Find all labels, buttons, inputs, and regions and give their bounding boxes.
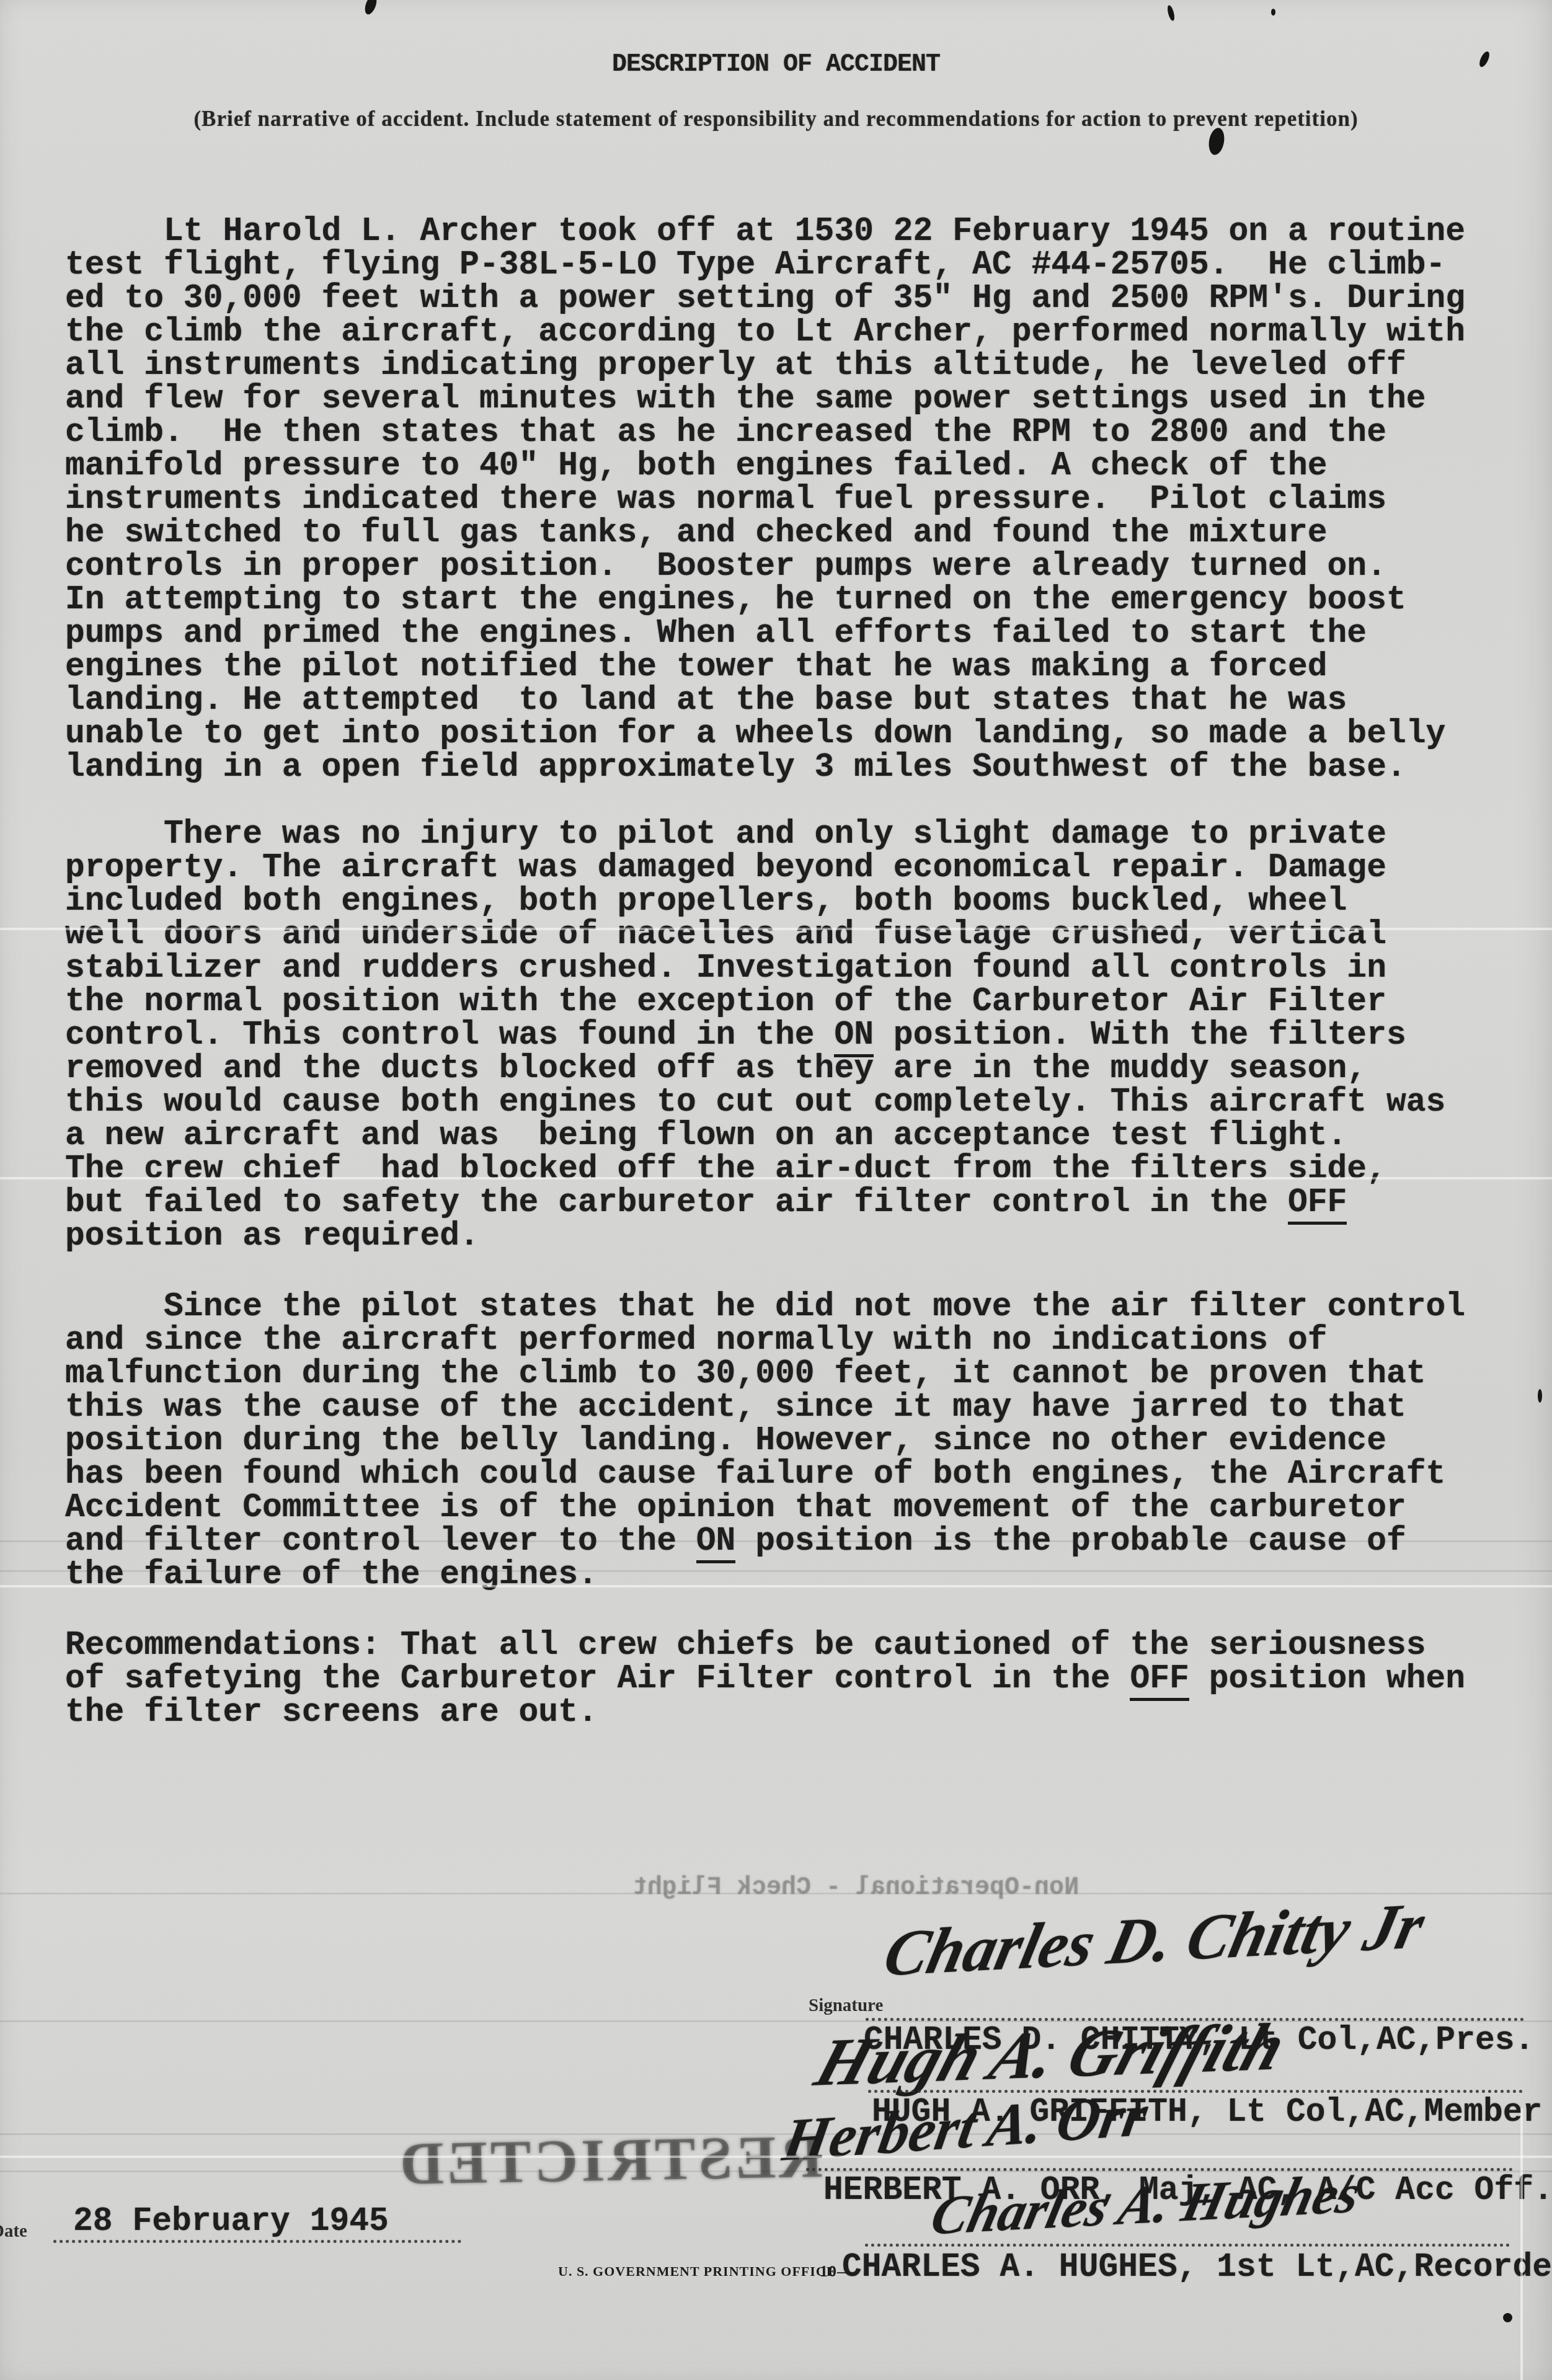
text-line: instruments indicated there was normal f…: [65, 482, 1465, 516]
text-line: this was the cause of the accident, sinc…: [65, 1390, 1465, 1424]
text-line: property. The aircraft was damaged beyon…: [65, 851, 1445, 884]
text-line: the climb the aircraft, according to Lt …: [65, 315, 1465, 349]
signature-label: Signature: [809, 1996, 883, 2016]
text-line: has been found which could cause failure…: [65, 1457, 1465, 1491]
text-line: position as required.: [65, 1219, 1445, 1253]
scan-streak: [0, 1540, 1552, 1542]
scan-white-streak: [0, 2156, 1552, 2158]
text-line: of safetying the Carburetor Air Filter c…: [65, 1662, 1465, 1695]
ink-speck: [363, 0, 379, 16]
text-line: Recommendations: That all crew chiefs be…: [65, 1628, 1465, 1662]
text-line: Since the pilot states that he did not m…: [65, 1290, 1465, 1323]
text-line: this would cause both engines to cut out…: [65, 1085, 1445, 1119]
underlined-word: OFF: [1130, 1660, 1189, 1701]
text-line: and since the aircraft performed normall…: [65, 1323, 1465, 1357]
bleedthrough-text: Non-Operational - Check Flight: [632, 1874, 1079, 1902]
ink-speck: [1271, 9, 1275, 16]
text-line: test flight, flying P-38L-5-LO Type Airc…: [65, 248, 1465, 282]
text-line: removed and the ducts blocked off as the…: [65, 1052, 1445, 1085]
scan-streak: [0, 2133, 1552, 2135]
scan-streak: [0, 2020, 1552, 2022]
text-line: climb. He then states that as he increas…: [65, 415, 1465, 449]
text-line: well doors and underside of nacelles and…: [65, 918, 1445, 951]
scan-streak: [0, 1570, 1552, 1572]
date-label: Date: [0, 2221, 27, 2242]
text-line: he switched to full gas tanks, and check…: [65, 516, 1465, 549]
scan-fold-line: [1520, 2108, 1523, 2380]
scan-streak: [0, 1893, 1552, 1894]
text-line: and flew for several minutes with the sa…: [65, 382, 1465, 415]
text-line: Accident Committee is of the opinion tha…: [65, 1491, 1465, 1524]
text-line: ed to 30,000 feet with a power setting o…: [65, 282, 1465, 315]
recommendations-paragraph: Recommendations: That all crew chiefs be…: [65, 1628, 1465, 1729]
accident-report-scan: DESCRIPTION OF ACCIDENT (Brief narrative…: [0, 0, 1552, 2380]
text-line: pumps and primed the engines. When all e…: [65, 616, 1465, 650]
text-line: controls in proper position. Booster pum…: [65, 549, 1465, 583]
text-line: control. This control was found in the O…: [65, 1018, 1445, 1052]
text-line: malfunction during the climb to 30,000 f…: [65, 1357, 1465, 1390]
scan-streak: [0, 2170, 1552, 2172]
text-line: stabilizer and rudders crushed. Investig…: [65, 951, 1445, 985]
scan-white-streak: [0, 1177, 1552, 1179]
printing-office-note: U. S. GOVERNMENT PRINTING OFFICE: [558, 2263, 836, 2280]
text-line: landing in a open field approximately 3 …: [65, 750, 1465, 784]
text-line: the normal position with the exception o…: [65, 985, 1445, 1018]
ink-speck: [1166, 4, 1176, 21]
underlined-word: ON: [696, 1522, 736, 1563]
date-value: 28 February 1945: [73, 2203, 389, 2240]
signature-typed-recorder: CHARLES A. HUGHES, 1st Lt,AC,Recorder: [842, 2249, 1552, 2286]
text-line: In attempting to start the engines, he t…: [65, 583, 1465, 616]
ink-speck: [1538, 1389, 1542, 1403]
underlined-word: OFF: [1288, 1184, 1347, 1225]
text-line: unable to get into position for a wheels…: [65, 717, 1465, 750]
text-line: The crew chief had blocked off the air-d…: [65, 1152, 1445, 1186]
text-line: manifold pressure to 40" Hg, both engine…: [65, 449, 1465, 482]
page-title: DESCRIPTION OF ACCIDENT: [0, 51, 1552, 79]
date-dotted-underline: [53, 2240, 461, 2243]
signature-dotted-line: [865, 2244, 1510, 2247]
text-line: Lt Harold L. Archer took off at 1530 22 …: [65, 215, 1465, 248]
text-line: all instruments indicating properly at t…: [65, 349, 1465, 382]
narrative-paragraph-2: There was no injury to pilot and only sl…: [65, 817, 1445, 1253]
narrative-paragraph-3: Since the pilot states that he did not m…: [65, 1290, 1465, 1591]
print-number: 10—: [820, 2262, 854, 2281]
signature-script-president: Charles D. Chitty Jr: [877, 1888, 1432, 1991]
text-line: a new aircraft and was being flown on an…: [65, 1119, 1445, 1152]
form-instruction-subtitle: (Brief narrative of accident. Include st…: [0, 107, 1552, 131]
text-line: There was no injury to pilot and only sl…: [65, 817, 1445, 851]
text-line: the filter screens are out.: [65, 1695, 1465, 1729]
ink-speck: [1503, 2313, 1512, 2322]
text-line: but failed to safety the carburetor air …: [65, 1186, 1445, 1219]
narrative-paragraph-1: Lt Harold L. Archer took off at 1530 22 …: [65, 215, 1465, 784]
text-line: engines the pilot notified the tower tha…: [65, 650, 1465, 683]
scan-white-streak: [0, 1585, 1552, 1587]
text-line: included both engines, both propellers, …: [65, 884, 1445, 918]
scan-white-streak: [0, 928, 1552, 930]
text-line: position during the belly landing. Howev…: [65, 1424, 1465, 1457]
text-line: landing. He attempted to land at the bas…: [65, 683, 1465, 717]
